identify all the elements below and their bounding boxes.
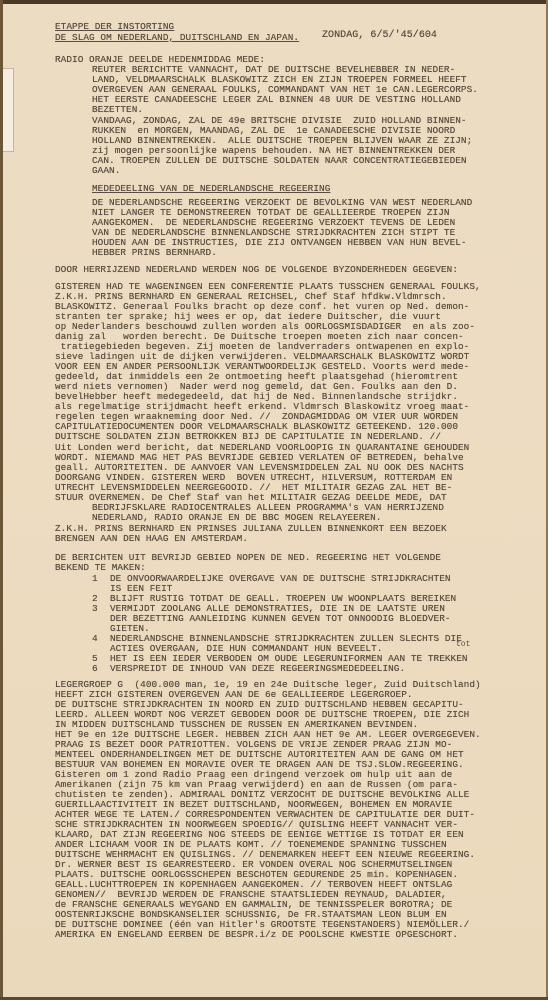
text-line: BEZETTEN. — [92, 105, 143, 116]
list-number: 1 — [92, 574, 98, 585]
text-line: HEBBER PRINS BERNHARD. — [92, 248, 217, 259]
text-line: GAAN. — [92, 166, 120, 177]
text-line: HET EERSTE CANADEESCHE LEGER ZAL BINNEN … — [92, 95, 461, 106]
mededeling-title: MEDEDEELING VAN DE NEDERLANDSCHE REGEERI… — [92, 184, 330, 195]
title-line-1: ETAPPE DER INSTORTING — [55, 22, 174, 33]
list-number: 4 — [92, 634, 98, 645]
text-line: DUITSCHE SOLDATEN ZIJN BETROKKEN BIJ DE … — [55, 432, 441, 443]
typewritten-document-page: ETAPPE DER INSTORTING DE SLAG OM NEDERLA… — [0, 0, 548, 1000]
list-item-line: DER BEZETTING AANLEIDING KUNNEN GEVEN TO… — [110, 614, 451, 625]
list-item-line: VERSPREIDT DE INHOUD VAN DEZE REGEERINGS… — [110, 664, 405, 675]
text-line: NEDERLAND, RADIO ORANJE EN DE BBC MOGEN … — [92, 513, 381, 524]
list-number: 3 — [92, 604, 98, 615]
margin-paper-strip — [3, 68, 14, 152]
text-line: AMERIKA EN ENGELAND EERBEN DE BESPR.i/z … — [55, 930, 458, 941]
list-number: 6 — [92, 664, 98, 675]
title-line-2: DE SLAG OM NEDERLAND, DUITSCHLAND EN JAP… — [55, 33, 299, 44]
text-line: CAN. TROEPEN ZULLEN DE DUITSCHE SOLDATEN… — [92, 156, 467, 167]
herrijzend-lead: DOOR HERRIJZEND NEDERLAND WERDEN NOG DE … — [55, 265, 458, 276]
page-top-edge — [0, 0, 548, 4]
document-date: ZONDAG, 6/5/'45/604 — [322, 31, 437, 42]
text-line: BRENGEN AAN DEN HAAG EN AMSTERDAM. — [55, 534, 248, 545]
berichten-lead-2: BEKEND TE MAKEN: — [55, 563, 146, 574]
